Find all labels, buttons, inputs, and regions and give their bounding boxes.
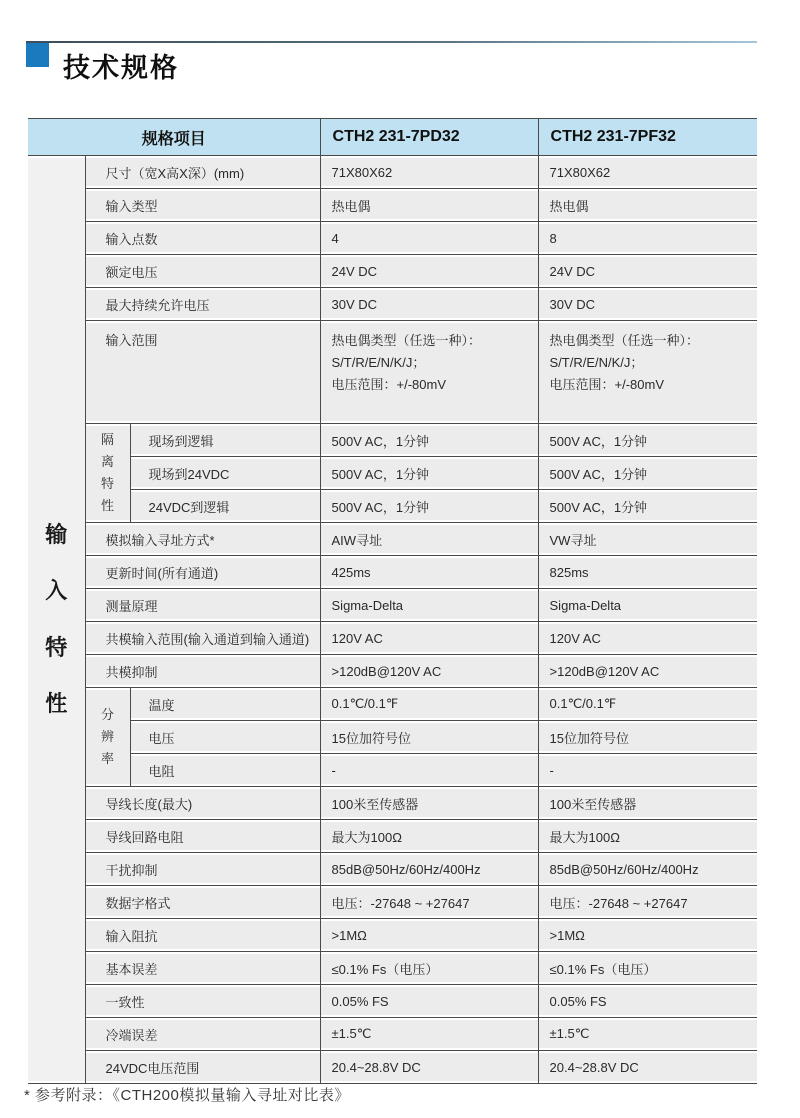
value-a: 30V DC [320, 288, 538, 321]
value-a: 425ms [320, 556, 538, 589]
table-row-iso-24vdc-logic: 24VDC到逻辑 500V AC，1分钟 500V AC，1分钟 [28, 490, 757, 523]
table-row-max-voltage: 最大持续允许电压 30V DC 30V DC [28, 288, 757, 321]
table-row-res-resistance: 电阻 - - [28, 754, 757, 787]
header-spec-item: 规格项目 [28, 119, 320, 156]
row-label: 24VDC电压范围 [85, 1051, 320, 1084]
value-b: 15位加符号位 [538, 721, 757, 754]
side-group-label: 输入特性 [28, 156, 85, 1084]
table-row-input-impedance: 输入阻抗 >1MΩ >1MΩ [28, 919, 757, 952]
table-row-rated-voltage: 额定电压 24V DC 24V DC [28, 255, 757, 288]
row-label: 最大持续允许电压 [85, 288, 320, 321]
header-model-a: CTH2 231-7PD32 [320, 119, 538, 156]
value-b: ≤0.1% Fs（电压） [538, 952, 757, 985]
value-a: 电压：-27648 ~ +27647 [320, 886, 538, 919]
row-sublabel: 现场到逻辑 [130, 424, 320, 457]
value-a: 500V AC，1分钟 [320, 457, 538, 490]
value-a: 120V AC [320, 622, 538, 655]
value-a: 15位加符号位 [320, 721, 538, 754]
table-row-wire-loop-res: 导线回路电阻 最大为100Ω 最大为100Ω [28, 820, 757, 853]
row-label: 模拟输入寻址方式* [85, 523, 320, 556]
row-label: 尺寸（宽X高X深）(mm) [85, 156, 320, 189]
table-row-data-format: 数据字格式 电压：-27648 ~ +27647 电压：-27648 ~ +27… [28, 886, 757, 919]
row-label: 干扰抑制 [85, 853, 320, 886]
value-a: 71X80X62 [320, 156, 538, 189]
row-sublabel: 温度 [130, 688, 320, 721]
value-a: 热电偶 [320, 189, 538, 222]
value-b: - [538, 754, 757, 787]
table-header-row: 规格项目 CTH2 231-7PD32 CTH2 231-7PF32 [28, 119, 757, 156]
value-b: 24V DC [538, 255, 757, 288]
row-label: 冷端误差 [85, 1018, 320, 1051]
table-row-wire-length: 导线长度(最大) 100米至传感器 100米至传感器 [28, 787, 757, 820]
value-b: 71X80X62 [538, 156, 757, 189]
row-label: 输入阻抗 [85, 919, 320, 952]
value-b: 500V AC，1分钟 [538, 490, 757, 523]
value-b: 最大为100Ω [538, 820, 757, 853]
value-b: 0.05% FS [538, 985, 757, 1018]
value-a: 24V DC [320, 255, 538, 288]
row-label: 共模输入范围(输入通道到输入通道) [85, 622, 320, 655]
value-a: 最大为100Ω [320, 820, 538, 853]
table-row-cold-junction-error: 冷端误差 ±1.5℃ ±1.5℃ [28, 1018, 757, 1051]
value-b: 100米至传感器 [538, 787, 757, 820]
row-label: 输入点数 [85, 222, 320, 255]
value-b: VW寻址 [538, 523, 757, 556]
row-label: 数据字格式 [85, 886, 320, 919]
table-row-24vdc-range: 24VDC电压范围 20.4~28.8V DC 20.4~28.8V DC [28, 1051, 757, 1084]
isolation-group-label: 隔离特性 [100, 429, 114, 517]
value-a: ±1.5℃ [320, 1018, 538, 1051]
value-a: 4 [320, 222, 538, 255]
value-b: 30V DC [538, 288, 757, 321]
value-b: 500V AC，1分钟 [538, 424, 757, 457]
value-a: 85dB@50Hz/60Hz/400Hz [320, 853, 538, 886]
row-sublabel: 电压 [130, 721, 320, 754]
input-characteristics-label: 输入特性 [44, 507, 68, 731]
header-rule [26, 41, 757, 43]
value-a: 500V AC，1分钟 [320, 490, 538, 523]
value-a: 0.05% FS [320, 985, 538, 1018]
value-b: >120dB@120V AC [538, 655, 757, 688]
spec-table: 规格项目 CTH2 231-7PD32 CTH2 231-7PF32 输入特性 … [28, 118, 757, 1084]
value-a: 热电偶类型（任选一种）： S/T/R/E/N/K/J； 电压范围：+/-80mV [320, 321, 538, 424]
value-b: 电压：-27648 ~ +27647 [538, 886, 757, 919]
row-sublabel: 电阻 [130, 754, 320, 787]
row-label: 共模抑制 [85, 655, 320, 688]
value-b: 热电偶类型（任选一种）： S/T/R/E/N/K/J； 电压范围：+/-80mV [538, 321, 757, 424]
table-row-res-voltage: 电压 15位加符号位 15位加符号位 [28, 721, 757, 754]
value-a: - [320, 754, 538, 787]
value-a: 0.1℃/0.1℉ [320, 688, 538, 721]
table-row-cm-range: 共模输入范围(输入通道到输入通道) 120V AC 120V AC [28, 622, 757, 655]
table-row-input-points: 输入点数 4 8 [28, 222, 757, 255]
table-row-iso-field-logic: 隔离特性 现场到逻辑 500V AC，1分钟 500V AC，1分钟 [28, 424, 757, 457]
row-label: 测量原理 [85, 589, 320, 622]
row-label: 导线长度(最大) [85, 787, 320, 820]
table-row-basic-error: 基本误差 ≤0.1% Fs（电压） ≤0.1% Fs（电压） [28, 952, 757, 985]
value-b: 85dB@50Hz/60Hz/400Hz [538, 853, 757, 886]
value-b: 20.4~28.8V DC [538, 1051, 757, 1084]
table-row-principle: 测量原理 Sigma-Delta Sigma-Delta [28, 589, 757, 622]
value-b: 120V AC [538, 622, 757, 655]
row-label: 输入类型 [85, 189, 320, 222]
table-row-size: 输入特性 尺寸（宽X高X深）(mm) 71X80X62 71X80X62 [28, 156, 757, 189]
value-b: Sigma-Delta [538, 589, 757, 622]
row-label: 导线回路电阻 [85, 820, 320, 853]
value-a: >1MΩ [320, 919, 538, 952]
value-a: 500V AC，1分钟 [320, 424, 538, 457]
resolution-group-label-cell: 分辨率 [85, 688, 130, 787]
row-label: 额定电压 [85, 255, 320, 288]
value-b: >1MΩ [538, 919, 757, 952]
footnote: * 参考附录：《CTH200模拟量输入寻址对比表》 [24, 1084, 350, 1105]
value-b: 热电偶 [538, 189, 757, 222]
value-a: 100米至传感器 [320, 787, 538, 820]
table-row-iso-field-24vdc: 现场到24VDC 500V AC，1分钟 500V AC，1分钟 [28, 457, 757, 490]
value-a: 20.4~28.8V DC [320, 1051, 538, 1084]
value-b: 825ms [538, 556, 757, 589]
value-a: Sigma-Delta [320, 589, 538, 622]
page-title: 技术规格 [63, 46, 179, 85]
table-row-cm-rejection: 共模抑制 >120dB@120V AC >120dB@120V AC [28, 655, 757, 688]
table-row-update-time: 更新时间(所有通道) 425ms 825ms [28, 556, 757, 589]
table-row-noise-rejection: 干扰抑制 85dB@50Hz/60Hz/400Hz 85dB@50Hz/60Hz… [28, 853, 757, 886]
row-sublabel: 现场到24VDC [130, 457, 320, 490]
value-b: 500V AC，1分钟 [538, 457, 757, 490]
value-b: 8 [538, 222, 757, 255]
table-row-input-range: 输入范围 热电偶类型（任选一种）： S/T/R/E/N/K/J； 电压范围：+/… [28, 321, 757, 424]
table-row-res-temp: 分辨率 温度 0.1℃/0.1℉ 0.1℃/0.1℉ [28, 688, 757, 721]
value-a: AIW寻址 [320, 523, 538, 556]
row-label: 输入范围 [85, 321, 320, 424]
value-b: ±1.5℃ [538, 1018, 757, 1051]
row-label: 更新时间(所有通道) [85, 556, 320, 589]
row-label: 一致性 [85, 985, 320, 1018]
row-label: 基本误差 [85, 952, 320, 985]
value-a: >120dB@120V AC [320, 655, 538, 688]
table-row-input-type: 输入类型 热电偶 热电偶 [28, 189, 757, 222]
section-marker-square [26, 43, 49, 67]
table-row-addressing: 模拟输入寻址方式* AIW寻址 VW寻址 [28, 523, 757, 556]
row-sublabel: 24VDC到逻辑 [130, 490, 320, 523]
value-b: 0.1℃/0.1℉ [538, 688, 757, 721]
value-a: ≤0.1% Fs（电压） [320, 952, 538, 985]
header-model-b: CTH2 231-7PF32 [538, 119, 757, 156]
isolation-group-label-cell: 隔离特性 [85, 424, 130, 523]
resolution-group-label: 分辨率 [100, 704, 114, 770]
table-row-consistency: 一致性 0.05% FS 0.05% FS [28, 985, 757, 1018]
